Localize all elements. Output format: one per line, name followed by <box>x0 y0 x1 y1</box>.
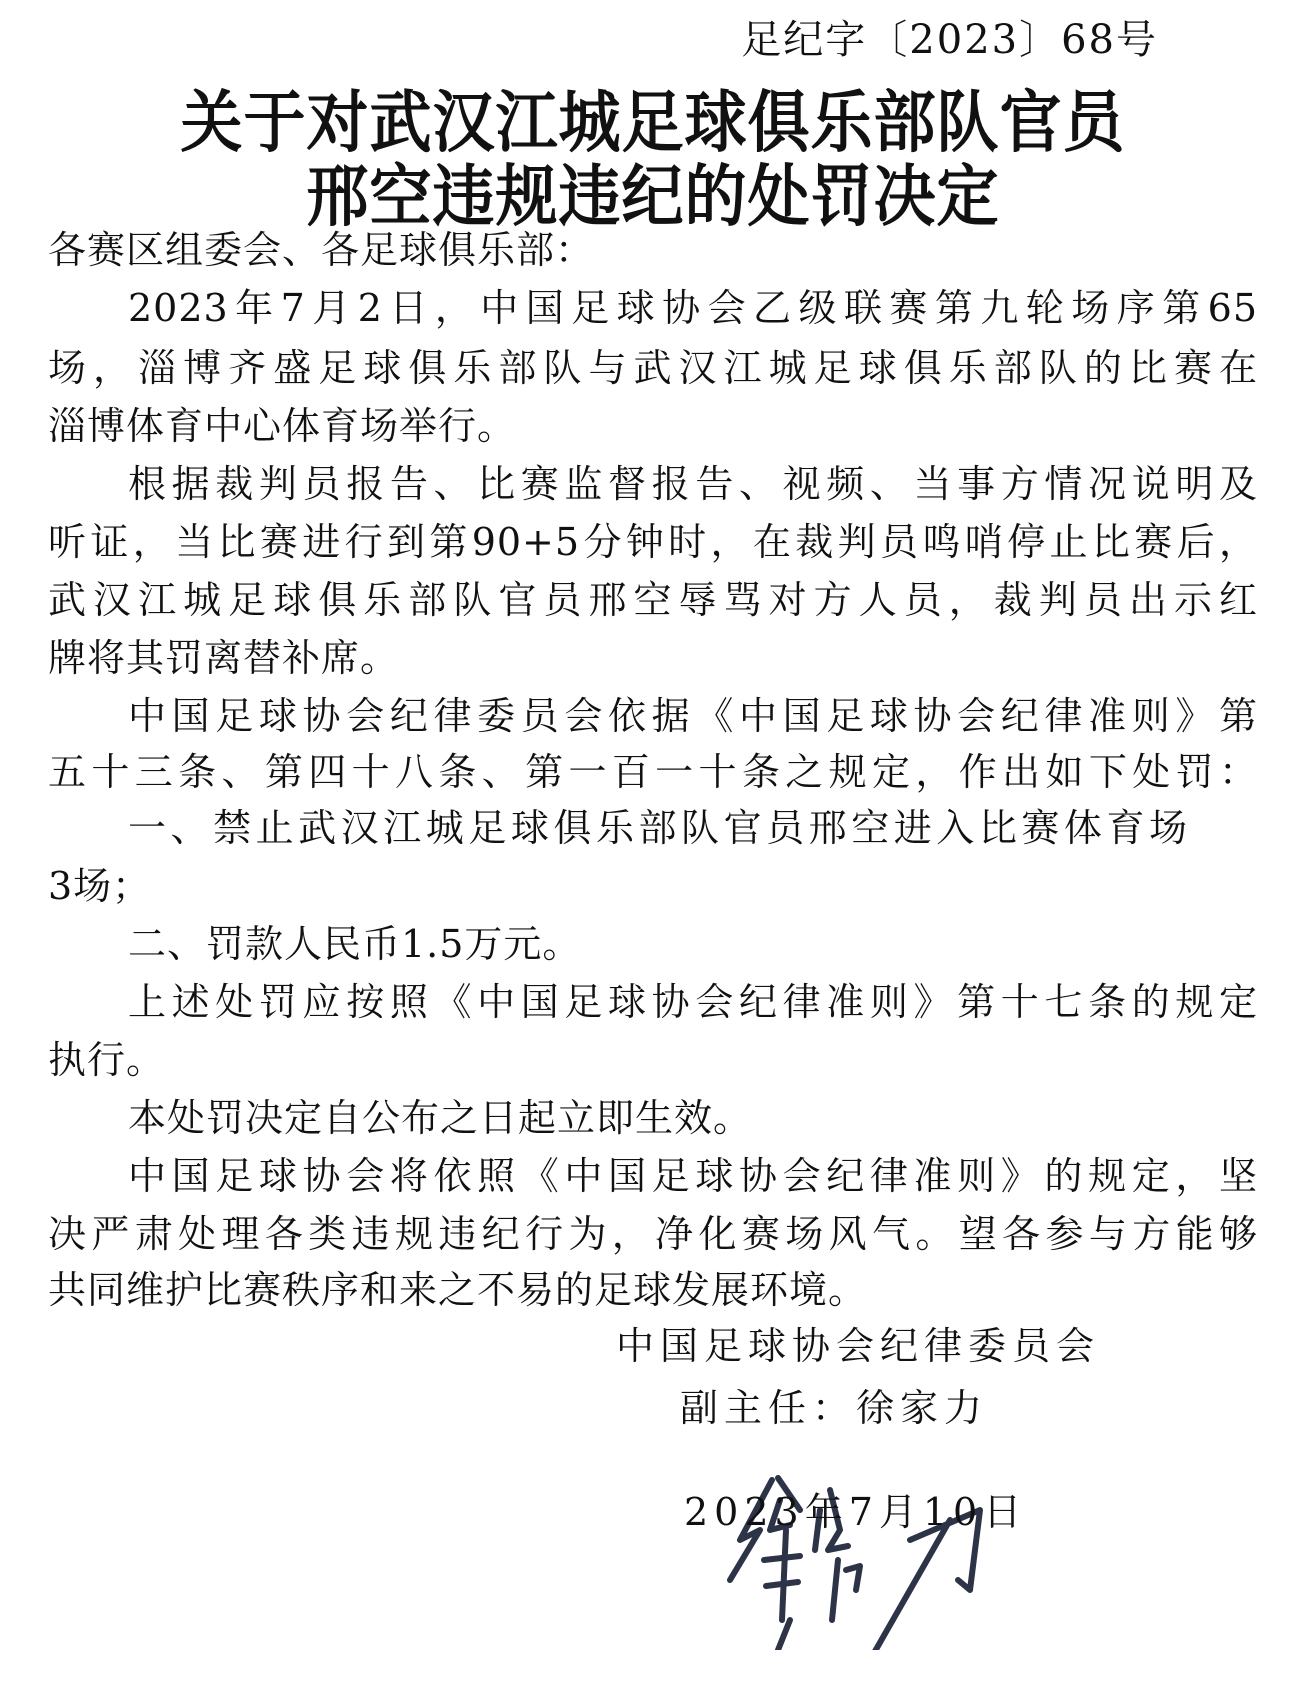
body-line: 决严肃处理各类违规违纪行为，净化赛场风气。望各参与方能够 <box>48 1202 1258 1266</box>
document-number: 足纪字〔2023〕68号 <box>741 14 1158 66</box>
body-line: 中国足球协会纪律委员会依据《中国足球协会纪律准则》第 <box>128 684 1258 748</box>
body-line: 牌将其罚离替补席。 <box>48 626 1258 690</box>
document-date: 2023年7月10日 <box>684 1482 1027 1542</box>
penalty-item-1: 一、禁止武汉江城足球俱乐部队官员邢空进入比赛体育场 <box>128 796 1188 860</box>
document-title-line-1: 关于对武汉江城足球俱乐部队官员 <box>0 83 1306 163</box>
issuing-organization: 中国足球协会纪律委员会 <box>616 1316 1100 1376</box>
addressee: 各赛区组委会、各足球俱乐部： <box>48 218 1258 282</box>
body-line: 根据裁判员报告、比赛监督报告、视频、当事方情况说明及 <box>128 452 1258 516</box>
body-line: 2023年7月2日，中国足球协会乙级联赛第九轮场序第65 <box>128 276 1258 340</box>
body-line: 武汉江城足球俱乐部队官员邢空辱骂对方人员，裁判员出示红 <box>48 568 1258 632</box>
body-line: 五十三条、第四十八条、第一百一十条之规定，作出如下处罚： <box>48 740 1258 804</box>
effective-clause: 本处罚决定自公布之日起立即生效。 <box>128 1086 1258 1150</box>
body-line: 中国足球协会将依照《中国足球协会纪律准则》的规定，坚 <box>128 1144 1258 1208</box>
penalty-item-1-cont: 3场； <box>48 854 1258 918</box>
signer-title: 副主任：徐家力 <box>680 1378 988 1438</box>
penalty-item-2: 二、罚款人民币1.5万元。 <box>128 912 1258 976</box>
body-line: 淄博体育中心体育场举行。 <box>48 394 1258 458</box>
body-line: 共同维护比赛秩序和来之不易的足球发展环境。 <box>48 1258 1258 1322</box>
body-line: 听证，当比赛进行到第90+5分钟时，在裁判员鸣哨停止比赛后， <box>48 510 1258 574</box>
body-line: 执行。 <box>48 1028 1258 1092</box>
body-line: 上述处罚应按照《中国足球协会纪律准则》第十七条的规定 <box>128 970 1258 1034</box>
body-line: 场，淄博齐盛足球俱乐部队与武汉江城足球俱乐部队的比赛在 <box>48 336 1258 400</box>
